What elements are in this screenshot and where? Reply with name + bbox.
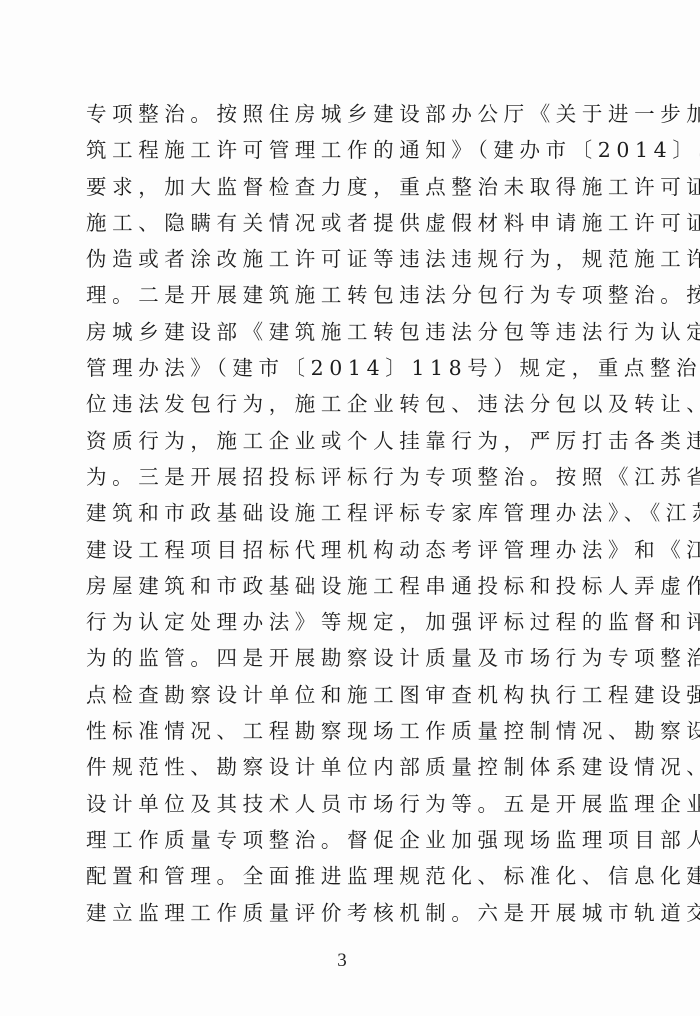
text-line: 施工、隐瞒有关情况或者提供虚假材料申请施工许可证以及: [86, 205, 606, 241]
body-text: 专项整治。按照住房城乡建设部办公厅《关于进一步加强建 筑工程施工许可管理工作的通…: [86, 96, 606, 931]
page-number: 3: [0, 950, 684, 972]
text-line: 位违法发包行为，施工企业转包、违法分包以及转让、出借: [86, 386, 606, 422]
text-line: 管理办法》（建市〔2014〕118号）规定，重点整治建设单: [86, 350, 606, 386]
text-line: 配置和管理。全面推进监理规范化、标准化、信息化建设，: [86, 858, 606, 894]
text-line: 为。三是开展招投标评标行为专项整治。按照《江苏省房屋: [86, 459, 606, 495]
text-line: 伪造或者涂改施工许可证等违法违规行为，规范施工许可管: [86, 241, 606, 277]
document-page: 专项整治。按照住房城乡建设部办公厅《关于进一步加强建 筑工程施工许可管理工作的通…: [0, 0, 700, 1016]
text-line: 资质行为，施工企业或个人挂靠行为，严厉打击各类违法行: [86, 423, 606, 459]
text-line: 性标准情况、工程勘察现场工作质量控制情况、勘察设计文: [86, 713, 606, 749]
text-line: 建设工程项目招标代理机构动态考评管理办法》和《江苏省: [86, 532, 606, 568]
text-line: 理。二是开展建筑施工转包违法分包行为专项整治。按照住: [86, 277, 606, 313]
text-line: 理工作质量专项整治。督促企业加强现场监理项目部人员的: [86, 822, 606, 858]
text-line: 行为认定处理办法》等规定，加强评标过程的监督和评标行: [86, 604, 606, 640]
text-line: 筑工程施工许可管理工作的通知》（建办市〔2014〕34号）: [86, 132, 606, 168]
text-line: 件规范性、勘察设计单位内部质量控制体系建设情况、勘察: [86, 749, 606, 785]
text-line: 建筑和市政基础设施工程评标专家库管理办法》、《江苏省: [86, 495, 606, 531]
text-line: 设计单位及其技术人员市场行为等。五是开展监理企业的监: [86, 786, 606, 822]
text-line: 为的监管。四是开展勘察设计质量及市场行为专项整治。重: [86, 640, 606, 676]
text-line: 房城乡建设部《建筑施工转包违法分包等违法行为认定查处: [86, 314, 606, 350]
text-line: 房屋建筑和市政基础设施工程串通投标和投标人弄虚作假: [86, 568, 606, 604]
text-line: 要求，加大监督检查力度，重点整治未取得施工许可证擅自: [86, 169, 606, 205]
text-line: 建立监理工作质量评价考核机制。六是开展城市轨道交通工: [86, 895, 606, 931]
text-line: 专项整治。按照住房城乡建设部办公厅《关于进一步加强建: [86, 96, 606, 132]
text-line: 点检查勘察设计单位和施工图审查机构执行工程建设强制: [86, 677, 606, 713]
